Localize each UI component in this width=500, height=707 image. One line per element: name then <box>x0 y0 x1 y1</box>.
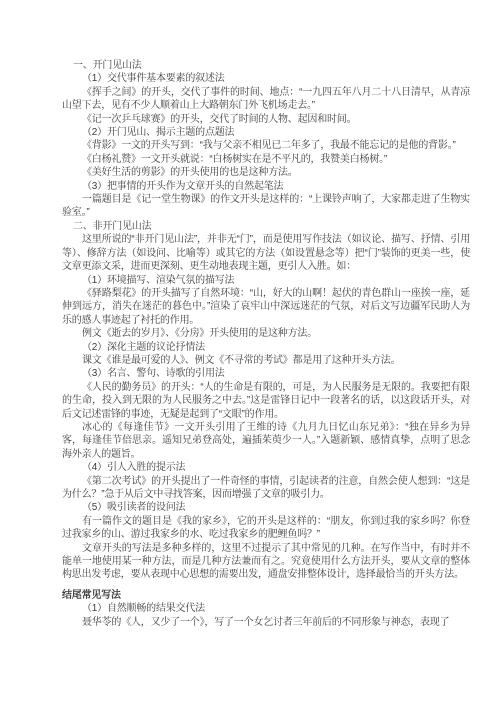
item-heading: （3）把事情的开头作为文章开头的自然起笔法 <box>62 180 470 193</box>
section-heading: 二、非开门见山法 <box>62 220 470 233</box>
item-heading: （2）开门见山、揭示主题的点题法 <box>62 126 470 139</box>
item-heading: （5）吸引读者的设问法 <box>62 501 470 514</box>
paragraph: 《背影》一文的开头写到：“我与父亲不相见已二年多了，我最不能忘记的是他的背影。” <box>62 139 470 152</box>
item-heading: （3）名言、警句、诗歌的引用法 <box>62 367 470 380</box>
item-heading: （1）交代事件基本要素的叙述法 <box>62 72 470 85</box>
paragraph: 有一篇作文的题目是《我的家乡》，它的开头是这样的：“朋友，你到过我的家乡吗？你登… <box>62 515 470 542</box>
paragraph: 这里所说的“非开门见山法”，并非无“门”，而是使用写作技法（如议论、描写、抒情、… <box>62 233 470 273</box>
paragraph: 《记一次乒乓球赛》的开头，交代了时间的人物、起因和时间。 <box>62 113 470 126</box>
paragraph: 《人民的勤务员》的开头：“人的生命是有限的，可是，为人民服务是无限的。我要把有限… <box>62 381 470 421</box>
paragraph: 一篇题目是《记一堂生物课》的作文开头是这样的：“上课铃声响了，大家都走进了生物实… <box>62 193 470 220</box>
paragraph: 课文《谁是最可爱的人》、例文《不寻常的考试》都是用了这种开头方法。 <box>62 354 470 367</box>
section-heading: 一、开门见山法 <box>62 59 470 72</box>
paragraph: 《驿路梨花》的开头描写了自然环境：“山，好大的山啊！起伏的青色群山一座挨一座，延… <box>62 287 470 327</box>
paragraph: 《挥手之间》的开头，交代了事件的时间、地点：“一九四五年八月二十八日清早，从青凉… <box>62 86 470 113</box>
item-heading: （4）引人入胜的提示法 <box>62 461 470 474</box>
paragraph: 聂华苓的《人，又少了一个》，写了一个女乞讨者三年前后的不同形象与神态，表现了 <box>62 616 470 629</box>
paragraph: 《第二次考试》的开头提出了一件奇怪的事情，引起读者的注意，自然会使人想到：“这是… <box>62 475 470 502</box>
paragraph: 《美好生活的剪影》的开头使用的也是这种方法。 <box>62 166 470 179</box>
paragraph: 冰心的《每逢佳节》一文开头引用了王维的诗《九月九日忆山东兄弟》：“独在异乡为异客… <box>62 421 470 461</box>
item-heading: （1）环境描写、渲染气氛的描写法 <box>62 274 470 287</box>
paragraph: 文章开头的写法是多种多样的，这里不过提示了其中常见的几种。在写作当中，有时并不能… <box>62 542 470 582</box>
paragraph: 《白杨礼赞》一文开头就说：“白杨树实在是不平凡的，我赞美白杨树。” <box>62 153 470 166</box>
item-heading: （2）深化主题的议论抒情法 <box>62 341 470 354</box>
item-heading: （1）自然顺畅的结果交代法 <box>62 602 470 615</box>
document-body: 一、开门见山法 （1）交代事件基本要素的叙述法 《挥手之间》的开头，交代了事件的… <box>62 59 470 629</box>
document-page: 一、开门见山法 （1）交代事件基本要素的叙述法 《挥手之间》的开头，交代了事件的… <box>0 0 500 707</box>
closing-section-heading: 结尾常见写法 <box>62 589 470 602</box>
paragraph: 例文《逝去的岁月》、《分房》开头使用的是这种方法。 <box>62 327 470 340</box>
